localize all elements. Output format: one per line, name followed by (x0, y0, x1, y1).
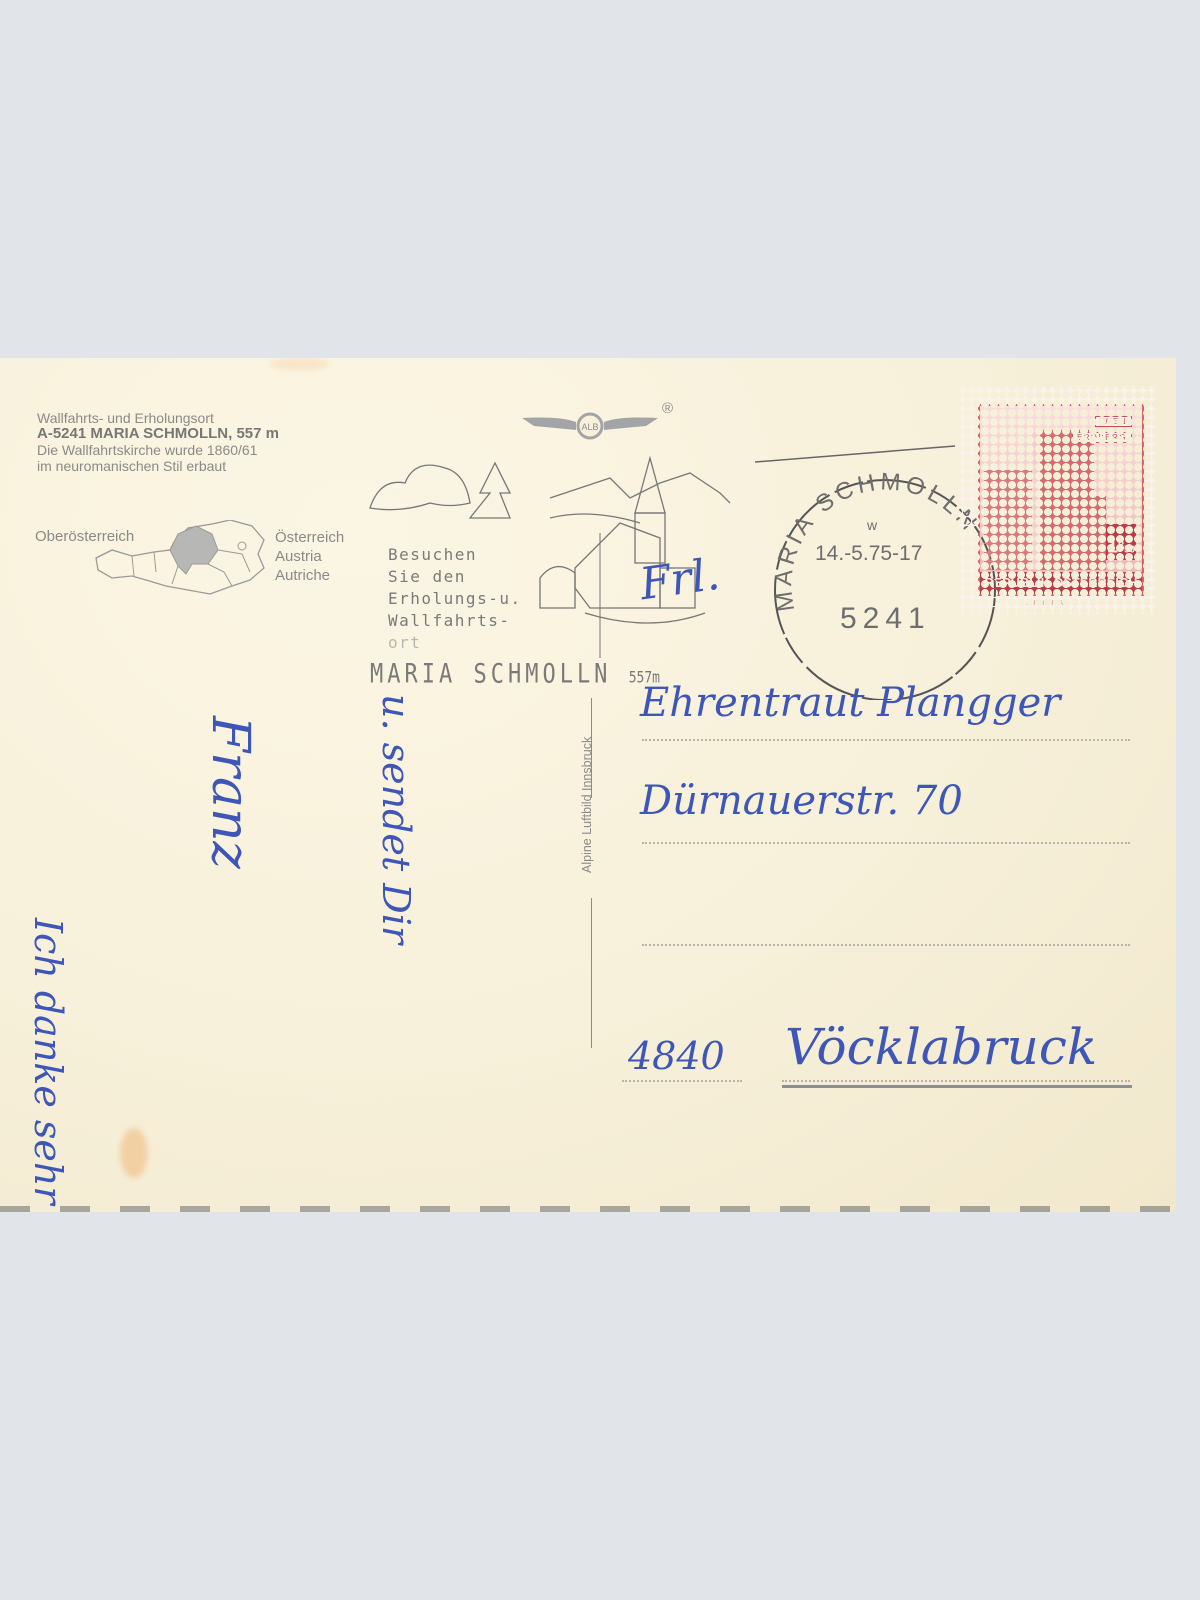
stain (120, 1128, 148, 1178)
slogan-place-name: MARIA SCHMOLLN (370, 660, 611, 690)
place-description: Wallfahrts- und Erholungsort A-5241 MARI… (37, 410, 279, 474)
address-line (782, 1080, 1130, 1082)
handwritten-signature: Franz (200, 716, 260, 869)
handwritten-message-middle: u. sendet Dir (374, 694, 418, 944)
postcard-back: Wallfahrts- und Erholungsort A-5241 MARI… (0, 358, 1176, 1212)
svg-text:MARIA SCHMOLLN: MARIA SCHMOLLN (770, 468, 984, 613)
stamp-engraver: H. STROHOFER (1018, 601, 1063, 607)
slogan-text: Besuchen Sie den Erholungs-u. Wallfahrts… (388, 544, 522, 654)
handwritten-city: Vöcklabruck (785, 1018, 1097, 1076)
header-line-1: Wallfahrts- und Erholungsort (37, 410, 279, 426)
header-line-4: im neuromanischen Stil erbaut (37, 458, 279, 474)
registered-mark: ® (662, 400, 673, 417)
svg-text:ALB: ALB (581, 422, 598, 432)
stamp-tower-icon (1032, 430, 1094, 570)
address-line (642, 739, 1130, 741)
address-line (642, 944, 1130, 946)
slogan-line: Erholungs-u. (388, 588, 522, 610)
slogan-line: ort (388, 632, 522, 654)
handwritten-message-left: Ich danke sehr oft an Dich (26, 918, 70, 1212)
slogan-place: MARIA SCHMOLLN 557m (370, 660, 660, 690)
handwritten-recipient-name: Ehrentraut Plangger (640, 680, 1060, 726)
stamp-building-icon (1086, 496, 1106, 570)
alb-wings-logo-icon: ALB (520, 408, 660, 444)
stamp-city: WIEN (1095, 416, 1132, 427)
slogan-line: Sie den (388, 566, 522, 588)
stamp-value-main: 1 (1107, 536, 1118, 558)
handwritten-street: Dürnauerstr. 70 (640, 778, 963, 824)
stamp-building-icon (984, 470, 1038, 570)
handwritten-zip: 4840 (628, 1034, 725, 1078)
svg-text:w: w (866, 517, 878, 533)
stamp-image: WIEN ERDBERG 1S50 REPUBLIK ÖSTERREICH (978, 404, 1144, 596)
postmark-zip: 5241 (840, 602, 931, 636)
divider-line (591, 898, 592, 1048)
address-line (622, 1080, 742, 1082)
postage-stamp: WIEN ERDBERG 1S50 REPUBLIK ÖSTERREICH H.… (958, 386, 1156, 614)
stamp-district: ERDBERG (1072, 432, 1132, 443)
address-underline (782, 1085, 1132, 1088)
austria-map-icon (92, 520, 272, 600)
slogan-line: Wallfahrts- (388, 610, 522, 632)
publisher-credit: Alpine Luftbild Innsbruck (580, 737, 594, 873)
country-label-en: Austria (275, 547, 344, 566)
stamp-value-fraction: 50 (1124, 545, 1135, 556)
country-label-de: Österreich (275, 528, 344, 547)
address-line (642, 842, 1130, 844)
header-line-3: Die Wallfahrtskirche wurde 1860/61 (37, 442, 279, 458)
country-label-fr: Autriche (275, 566, 344, 585)
header-place-name: A-5241 MARIA SCHMOLLN, 557 m (37, 426, 279, 442)
stamp-country: REPUBLIK ÖSTERREICH (980, 572, 1142, 594)
slogan-line: Besuchen (388, 544, 522, 566)
stain (270, 358, 330, 370)
postmark-date: 14.-5.75-17 (815, 542, 922, 566)
stamp-value: 1S50 (1106, 524, 1136, 560)
country-labels: Österreich Austria Autriche (275, 528, 344, 585)
